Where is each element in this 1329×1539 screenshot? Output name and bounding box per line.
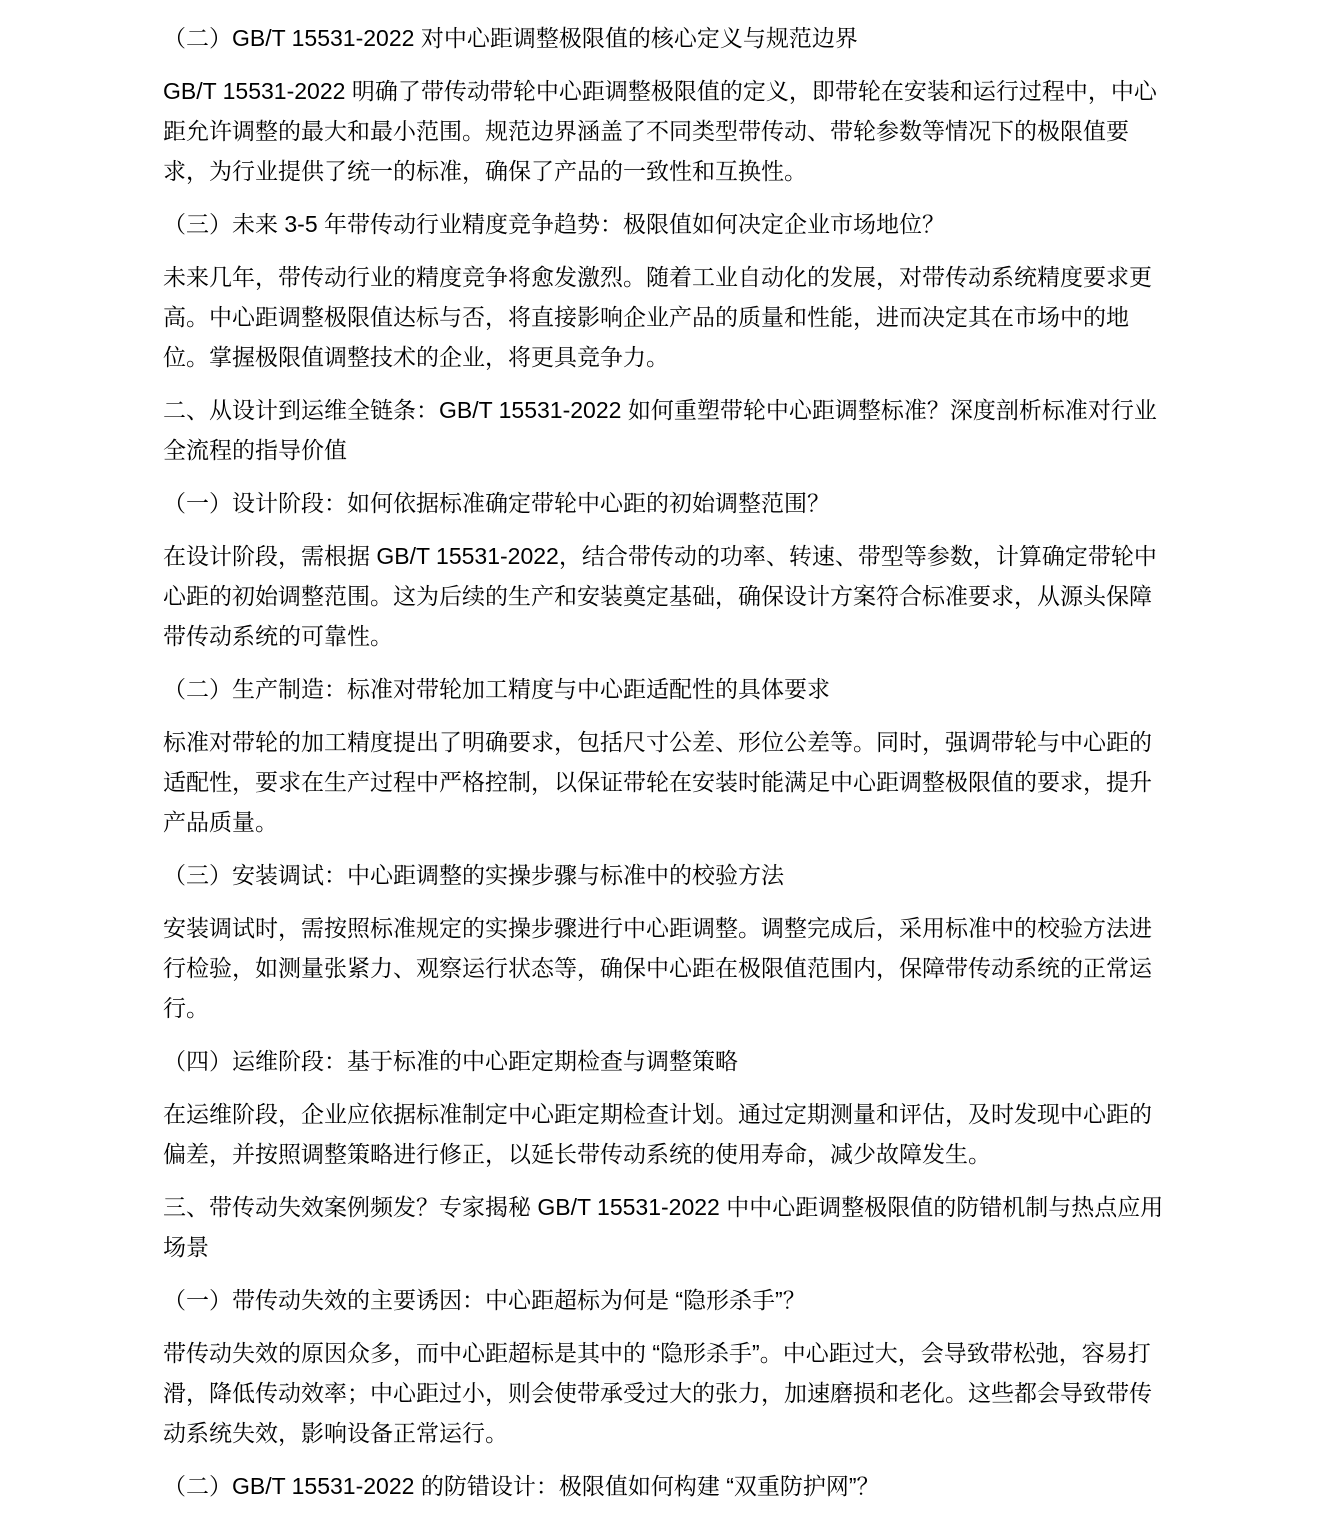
document-heading: （四）运维阶段：基于标准的中心距定期检查与调整策略 [163,1041,1173,1081]
document-paragraph: 在运维阶段，企业应依据标准制定中心距定期检查计划。通过定期测量和评估，及时发现中… [163,1094,1173,1174]
document-paragraph: 标准对带轮的加工精度提出了明确要求，包括尺寸公差、形位公差等。同时，强调带轮与中… [163,722,1173,842]
document-content: （二）GB/T 15531-2022 对中心距调整极限值的核心定义与规范边界GB… [163,18,1173,1506]
document-paragraph: GB/T 15531-2022 明确了带传动带轮中心距调整极限值的定义，即带轮在… [163,71,1173,191]
document-heading: 二、从设计到运维全链条：GB/T 15531-2022 如何重塑带轮中心距调整标… [163,390,1173,470]
document-heading: （二）GB/T 15531-2022 的防错设计：极限值如何构建 “双重防护网”… [163,1466,1173,1506]
document-heading: （一）设计阶段：如何依据标准确定带轮中心距的初始调整范围？ [163,483,1173,523]
document-paragraph: 在设计阶段，需根据 GB/T 15531-2022，结合带传动的功率、转速、带型… [163,536,1173,656]
document-paragraph: 未来几年，带传动行业的精度竞争将愈发激烈。随着工业自动化的发展，对带传动系统精度… [163,257,1173,377]
document-heading: （三）未来 3-5 年带传动行业精度竞争趋势：极限值如何决定企业市场地位？ [163,204,1173,244]
document-heading: （二）GB/T 15531-2022 对中心距调整极限值的核心定义与规范边界 [163,18,1173,58]
document-heading: （二）生产制造：标准对带轮加工精度与中心距适配性的具体要求 [163,669,1173,709]
document-heading: （一）带传动失效的主要诱因：中心距超标为何是 “隐形杀手”？ [163,1280,1173,1320]
document-paragraph: 安装调试时，需按照标准规定的实操步骤进行中心距调整。调整完成后，采用标准中的校验… [163,908,1173,1028]
document-heading: 三、带传动失效案例频发？专家揭秘 GB/T 15531-2022 中中心距调整极… [163,1187,1173,1267]
document-page: （二）GB/T 15531-2022 对中心距调整极限值的核心定义与规范边界GB… [0,0,1329,1539]
document-paragraph: 带传动失效的原因众多，而中心距超标是其中的 “隐形杀手”。中心距过大，会导致带松… [163,1333,1173,1453]
document-heading: （三）安装调试：中心距调整的实操步骤与标准中的校验方法 [163,855,1173,895]
